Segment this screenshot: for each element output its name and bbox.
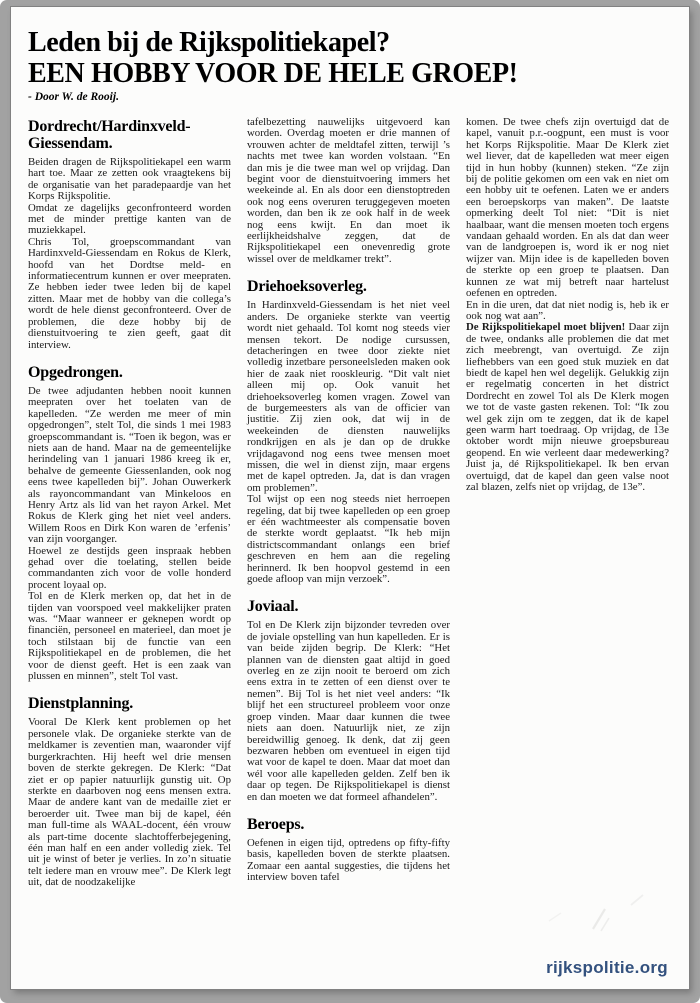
paragraph: tafelbezetting nauwelijks uitgevoerd kan… [247,117,450,265]
paragraph: De twee adjudanten hebben nooit kunnen m… [28,386,231,546]
article-title-line1: Leden bij de Rijkspolitiekapel? [28,27,390,58]
site-watermark: rijkspolitie.org [546,958,668,978]
article-column: tafelbezetting nauwelijks uitgevoerd kan… [247,117,450,983]
section-heading: Dienstplanning. [28,695,231,712]
article-page: Leden bij de Rijkspolitiekapel? EEN HOBB… [11,7,689,989]
article-title-line2: EEN HOBBY VOOR DE HELE GROEP! [28,58,518,89]
section-heading: Beroeps. [247,816,450,833]
pencil-mark-decoration [531,891,651,951]
article-title: Leden bij de Rijkspolitiekapel? EEN HOBB… [28,27,669,89]
article-byline: - Door W. de Rooij. [28,91,669,103]
scan-border: Leden bij de Rijkspolitiekapel? EEN HOBB… [0,0,700,1003]
paragraph: Tol wijst op een nog steeds niet herroep… [247,494,450,585]
article-column: Dordrecht/Hardinxveld-Giessendam.Beiden … [28,117,231,983]
section-heading: Opgedrongen. [28,364,231,381]
section-heading: Dordrecht/Hardinxveld-Giessendam. [28,118,231,152]
paragraph: De Rijkspolitiekapel moet blijven! Daar … [466,322,669,493]
article-columns: Dordrecht/Hardinxveld-Giessendam.Beiden … [28,117,669,983]
paragraph: En in die uren, dat dat niet nodig is, h… [466,300,669,323]
paragraph: Tol en De Klerk zijn bijzonder tevreden … [247,620,450,803]
article-column: komen. De twee chefs zijn overtuigd dat … [466,117,669,983]
paragraph: Vooral De Klerk kent problemen op het pe… [28,717,231,888]
paragraph: Omdat ze dagelijks geconfronteerd worden… [28,203,231,237]
article-header: Leden bij de Rijkspolitiekapel? EEN HOBB… [28,27,669,103]
paragraph: Hoewel ze destijds geen inspraak hebben … [28,546,231,592]
section-heading: Driehoeksoverleg. [247,278,450,295]
paragraph: In Hardinxveld-Giessendam is het niet ve… [247,300,450,494]
paragraph-lead: De Rijkspolitiekapel moet blijven! [466,321,625,333]
paragraph: Tol en de Klerk merken op, dat het in de… [28,591,231,682]
paragraph-text: Daar zijn de twee, ondanks alle probleme… [466,321,669,493]
paragraph: komen. De twee chefs zijn overtuigd dat … [466,117,669,300]
section-heading: Joviaal. [247,598,450,615]
paragraph: Beiden dragen de Rijkspolitiekapel een w… [28,157,231,203]
paragraph: Oefenen in eigen tijd, optredens op fift… [247,838,450,884]
paragraph: Chris Tol, groepscommandant van Hardinxv… [28,237,231,351]
